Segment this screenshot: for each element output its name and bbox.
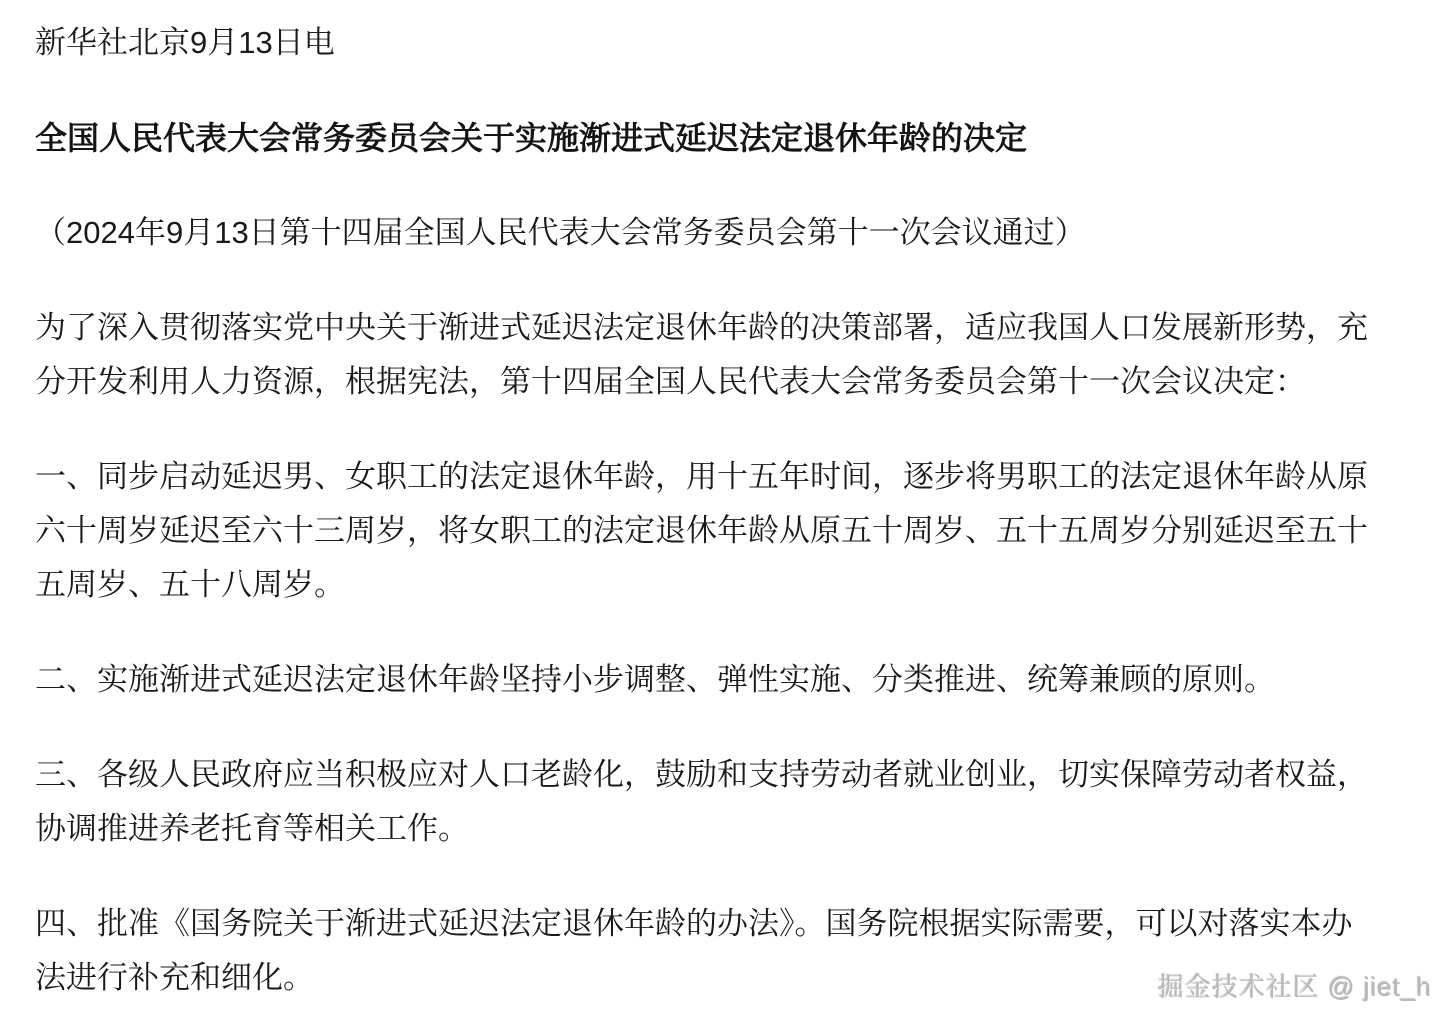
article-paragraph-3: 三、各级人民政府应当积极应对人口老龄化，鼓励和支持劳动者就业创业，切实保障劳动者… [35, 748, 1375, 856]
article-paragraph-1: 一、同步启动延迟男、女职工的法定退休年龄，用十五年时间，逐步将男职工的法定退休年… [35, 450, 1375, 612]
document-title: 全国人民代表大会常务委员会关于实施渐进式延迟法定退休年龄的决定 [35, 111, 1375, 165]
dateline: 新华社北京9月13日电 [35, 16, 1375, 70]
session-note: （2024年9月13日第十四届全国人民代表大会常务委员会第十一次会议通过） [35, 206, 1375, 260]
document-page: 新华社北京9月13日电 全国人民代表大会常务委员会关于实施渐进式延迟法定退休年龄… [0, 0, 1456, 1005]
article-paragraph-2: 二、实施渐进式延迟法定退休年龄坚持小步调整、弹性实施、分类推进、统筹兼顾的原则。 [35, 653, 1375, 707]
preamble-paragraph: 为了深入贯彻落实党中央关于渐进式延迟法定退休年龄的决策部署，适应我国人口发展新形… [35, 301, 1375, 409]
watermark: 掘金技术社区 @ jiet_h [1158, 972, 1432, 1002]
